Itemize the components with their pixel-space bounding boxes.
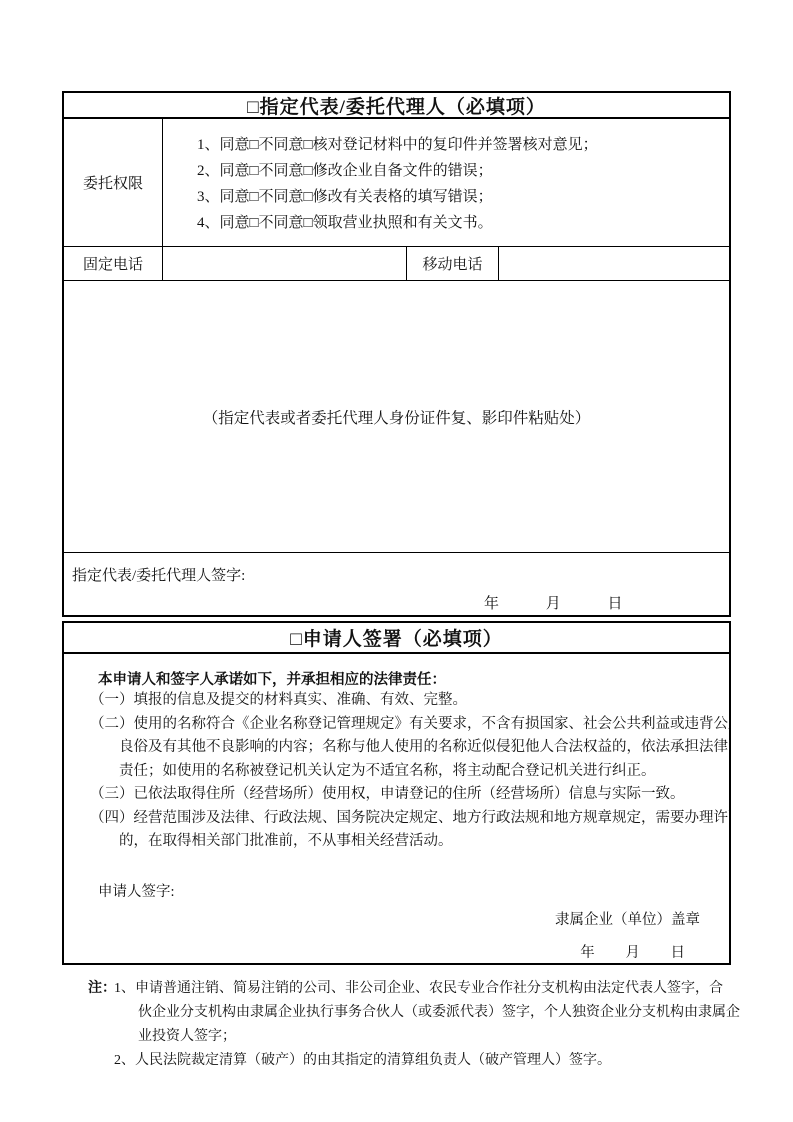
applicant-signing-table: □申请人签署（必填项） 本申请人和签字人承诺如下，并承担相应的法律责任： （一）… <box>62 621 731 965</box>
enterprise-seal-label: 隶属企业（单位）盖章 <box>555 912 700 928</box>
year-label: 年 <box>484 596 499 612</box>
permission-item-3[interactable]: 3、同意□不同意□修改有关表格的填写错误； <box>197 184 723 210</box>
mobile-phone-value-cell[interactable] <box>499 247 729 280</box>
commitment-line-4: （四）经营范围涉及法律、行政法规、国务院决定规定、地方行政法规和地方规章规定，需… <box>90 807 729 831</box>
mobile-phone-label-cell: 移动电话 <box>407 247 499 280</box>
fixed-phone-value-cell[interactable] <box>163 247 407 280</box>
applicant-date-line[interactable]: 年 月 日 <box>64 941 729 962</box>
commitment-intro: 本申请人和签字人承诺如下，并承担相应的法律责任： <box>98 668 729 689</box>
permission-item-2[interactable]: 2、同意□不同意□修改企业自备文件的错误； <box>197 158 723 184</box>
form-page: □指定代表/委托代理人（必填项） 委托权限 1、同意□不同意□核对登记材料中的复… <box>62 91 731 1073</box>
day-label: 日 <box>608 596 623 612</box>
permission-items: 1、同意□不同意□核对登记材料中的复印件并签署核对意见； 2、同意□不同意□修改… <box>163 119 729 246</box>
notes-block: 注： 1、申请普通注销、简易注销的公司、非公司企业、农民专业合作社分支机构由法定… <box>62 977 731 1073</box>
permission-item-4[interactable]: 4、同意□不同意□领取营业执照和有关文书。 <box>197 210 723 236</box>
id-paste-caption: （指定代表或者委托代理人身份证件复、影印件粘贴处） <box>203 406 591 428</box>
representative-date-line[interactable]: 年 月 日 <box>72 592 721 613</box>
section1-title: □指定代表/委托代理人（必填项） <box>64 93 729 119</box>
representative-signature-field[interactable]: 指定代表/委托代理人签字: 年 月 日 <box>64 553 729 615</box>
permission-label-cell: 委托权限 <box>64 119 163 246</box>
representative-signature-label: 指定代表/委托代理人签字: <box>72 564 721 585</box>
permission-row: 委托权限 1、同意□不同意□核对登记材料中的复印件并签署核对意见； 2、同意□不… <box>64 119 729 247</box>
month-label: 月 <box>546 596 561 612</box>
applicant-signature-label: 申请人签字: <box>98 884 175 900</box>
notes-label: 注： <box>88 977 114 1073</box>
commitment-line-2: （二）使用的名称符合《企业名称登记管理规定》有关要求，不含有损国家、社会公共利益… <box>90 713 729 737</box>
permission-item-1[interactable]: 1、同意□不同意□核对登记材料中的复印件并签署核对意见； <box>197 132 723 158</box>
id-document-paste-area[interactable]: （指定代表或者委托代理人身份证件复、影印件粘贴处） <box>64 281 729 553</box>
commitment-line-2-cont2: 责任；如使用的名称被登记机关认定为不适宜名称，将主动配合登记机关进行纠正。 <box>90 760 729 784</box>
designated-representative-table: □指定代表/委托代理人（必填项） 委托权限 1、同意□不同意□核对登记材料中的复… <box>62 91 731 617</box>
note-line-2: 2、人民法院裁定清算（破产）的由其指定的清算组负责人（破产管理人）签字。 <box>114 1049 740 1073</box>
applicant-commitment-cell: 本申请人和签字人承诺如下，并承担相应的法律责任： （一）填报的信息及提交的材料真… <box>64 654 729 963</box>
phone-row: 固定电话 移动电话 <box>64 247 729 281</box>
note-line-1: 1、申请普通注销、简易注销的公司、非公司企业、农民专业合作社分支机构由法定代表人… <box>114 977 740 1001</box>
fixed-phone-label-cell: 固定电话 <box>64 247 163 280</box>
commitment-line-2-cont: 良俗及有其他不良影响的内容；名称与他人使用的名称近似侵犯他人合法权益的，依法承担… <box>90 736 729 760</box>
note-line-1-cont2: 业投资人签字； <box>114 1025 740 1049</box>
commitment-line-3: （三）已依法取得住所（经营场所）使用权，申请登记的住所（经营场所）信息与实际一致… <box>90 783 729 807</box>
month-label: 月 <box>625 945 640 961</box>
year-label: 年 <box>580 945 595 961</box>
section2-title: □申请人签署（必填项） <box>64 623 729 654</box>
day-label: 日 <box>671 945 686 961</box>
commitment-line-1: （一）填报的信息及提交的材料真实、准确、有效、完整。 <box>90 689 729 713</box>
notes-body: 1、申请普通注销、简易注销的公司、非公司企业、农民专业合作社分支机构由法定代表人… <box>114 977 740 1073</box>
applicant-signature-field[interactable]: 申请人签字: <box>98 880 729 901</box>
note-line-1-cont: 伙企业分支机构由隶属企业执行事务合伙人（或委派代表）签字，个人独资企业分支机构由… <box>114 1001 740 1025</box>
commitment-line-4-cont: 的，在取得相关部门批准前，不从事相关经营活动。 <box>90 830 729 854</box>
enterprise-seal-area[interactable]: 隶属企业（单位）盖章 <box>64 908 729 929</box>
